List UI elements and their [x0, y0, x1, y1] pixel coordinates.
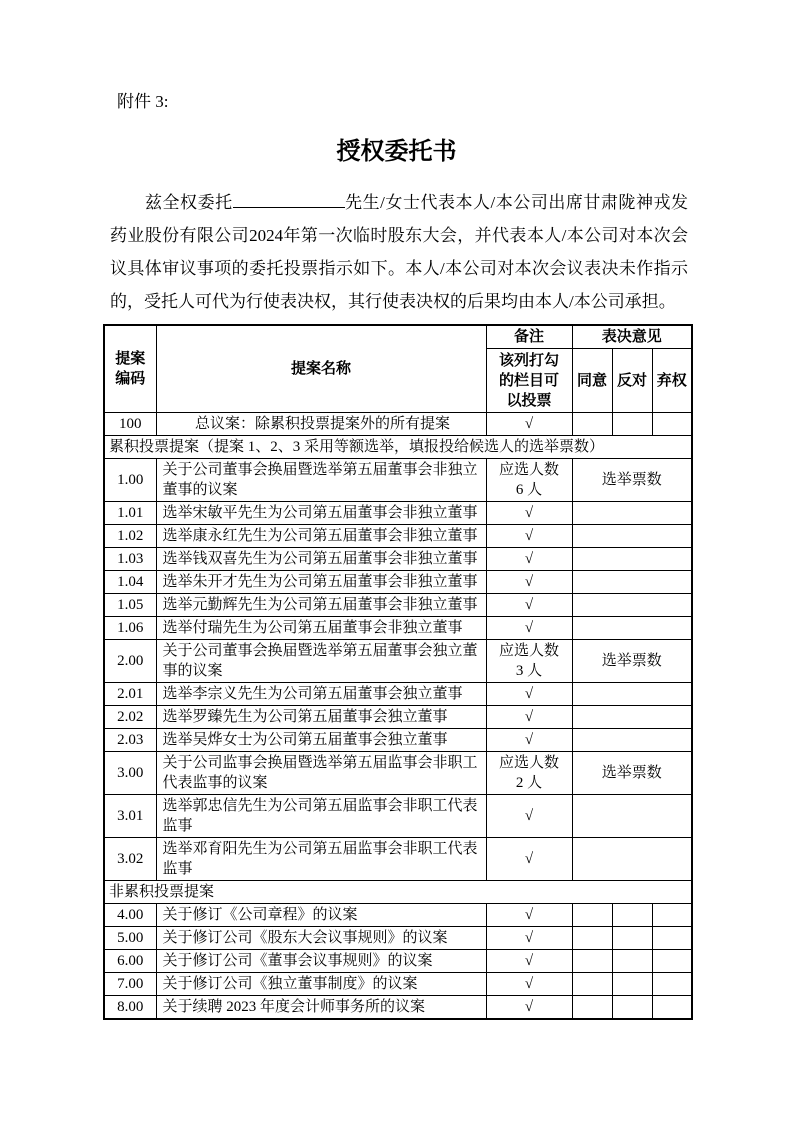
- proposal-name-cell: 选举康永红先生为公司第五届董事会非独立董事: [156, 525, 486, 548]
- attorney-name-blank: [233, 191, 345, 208]
- vote-label-cell: 选举票数: [572, 459, 692, 502]
- vote-abstain-cell: [652, 413, 692, 436]
- remark-cell: √: [486, 795, 572, 838]
- vote-against-cell: [612, 950, 652, 973]
- proposal-name-cell: 关于公司监事会换届暨选举第五届监事会非职工代表监事的议案: [156, 752, 486, 795]
- proposal-name-cell: 关于修订公司《股东大会议事规则》的议案: [156, 927, 486, 950]
- document-page: 附件 3: 授权委托书 兹全权委托先生/女士代表本人/本公司出席甘肃陇神戎发药业…: [0, 0, 793, 1122]
- vote-label-cell: 选举票数: [572, 752, 692, 795]
- proposal-name-cell: 关于修订公司《独立董事制度》的议案: [156, 973, 486, 996]
- remark-cell: 应选人数6 人: [486, 459, 572, 502]
- table-row: 4.00关于修订《公司章程》的议案√: [104, 904, 692, 927]
- col-header-vote-opinion: 表决意见: [572, 325, 692, 349]
- table-row: 1.06选举付瑞先生为公司第五届董事会非独立董事√: [104, 617, 692, 640]
- proposal-table: 提案编码 提案名称 备注 表决意见 该列打勾的栏目可以投票 同意 反对 弃权 1…: [103, 324, 693, 1020]
- vote-agree-cell: [572, 904, 612, 927]
- section-label: 非累积投票提案: [104, 881, 692, 904]
- remark-cell: √: [486, 904, 572, 927]
- proposal-name-cell: 选举邓育阳先生为公司第五届监事会非职工代表监事: [156, 838, 486, 881]
- proposal-name-cell: 选举宋敏平先生为公司第五届董事会非独立董事: [156, 502, 486, 525]
- vote-abstain-cell: [652, 927, 692, 950]
- proposal-code-cell: 100: [104, 413, 156, 436]
- vote-blank-cell: [572, 502, 692, 525]
- vote-blank-cell: [572, 548, 692, 571]
- proposal-code-cell: 3.01: [104, 795, 156, 838]
- vote-abstain-cell: [652, 950, 692, 973]
- proposal-code-cell: 1.03: [104, 548, 156, 571]
- remark-cell: √: [486, 973, 572, 996]
- vote-blank-cell: [572, 706, 692, 729]
- table-row: 8.00关于续聘 2023 年度会计师事务所的议案√: [104, 996, 692, 1020]
- table-row: 2.03选举吴烨女士为公司第五届董事会独立董事√: [104, 729, 692, 752]
- table-row: 1.03选举钱双喜先生为公司第五届董事会非独立董事√: [104, 548, 692, 571]
- table-row: 7.00关于修订公司《独立董事制度》的议案√: [104, 973, 692, 996]
- table-row: 2.00关于公司董事会换届暨选举第五届董事会独立董事的议案应选人数3 人选举票数: [104, 640, 692, 683]
- table-row: 1.05选举元勤辉先生为公司第五届董事会非独立董事√: [104, 594, 692, 617]
- proposal-code-cell: 2.01: [104, 683, 156, 706]
- remark-cell: √: [486, 413, 572, 436]
- col-header-abstain: 弃权: [652, 349, 692, 413]
- proposal-name-cell: 选举吴烨女士为公司第五届董事会独立董事: [156, 729, 486, 752]
- table-row: 100总议案：除累积投票提案外的所有提案√: [104, 413, 692, 436]
- proposal-name-cell: 选举郭忠信先生为公司第五届监事会非职工代表监事: [156, 795, 486, 838]
- proposal-code-cell: 3.02: [104, 838, 156, 881]
- vote-blank-cell: [572, 525, 692, 548]
- proposal-code-cell: 2.02: [104, 706, 156, 729]
- proposal-code-cell: 1.02: [104, 525, 156, 548]
- table-row: 3.00关于公司监事会换届暨选举第五届监事会非职工代表监事的议案应选人数2 人选…: [104, 752, 692, 795]
- vote-blank-cell: [572, 729, 692, 752]
- proposal-code-cell: 6.00: [104, 950, 156, 973]
- paragraph-prefix: 兹全权委托: [145, 193, 233, 212]
- authorization-paragraph: 兹全权委托先生/女士代表本人/本公司出席甘肃陇神戎发药业股份有限公司2024年第…: [110, 186, 688, 318]
- proposal-code-cell: 4.00: [104, 904, 156, 927]
- table-row: 1.02选举康永红先生为公司第五届董事会非独立董事√: [104, 525, 692, 548]
- proposal-code-cell: 1.05: [104, 594, 156, 617]
- table-row: 2.02选举罗臻先生为公司第五届董事会独立董事√: [104, 706, 692, 729]
- remark-cell: √: [486, 927, 572, 950]
- remark-cell: √: [486, 525, 572, 548]
- vote-abstain-cell: [652, 996, 692, 1020]
- remark-cell: √: [486, 706, 572, 729]
- document-title: 授权委托书: [0, 131, 793, 166]
- vote-agree-cell: [572, 413, 612, 436]
- table-header-row-1: 提案编码 提案名称 备注 表决意见: [104, 325, 692, 349]
- vote-blank-cell: [572, 838, 692, 881]
- col-header-proposal-name: 提案名称: [156, 325, 486, 413]
- remark-cell: 应选人数3 人: [486, 640, 572, 683]
- remark-cell: 应选人数2 人: [486, 752, 572, 795]
- table-row: 2.01选举李宗义先生为公司第五届董事会独立董事√: [104, 683, 692, 706]
- proposal-code-cell: 1.00: [104, 459, 156, 502]
- proposal-name-cell: 关于修订《公司章程》的议案: [156, 904, 486, 927]
- proposal-code-cell: 7.00: [104, 973, 156, 996]
- proposal-name-cell: 选举李宗义先生为公司第五届董事会独立董事: [156, 683, 486, 706]
- table-row: 非累积投票提案: [104, 881, 692, 904]
- proposal-code-cell: 2.00: [104, 640, 156, 683]
- col-header-remark-note: 该列打勾的栏目可以投票: [486, 349, 572, 413]
- remark-cell: √: [486, 571, 572, 594]
- proposal-code-cell: 1.04: [104, 571, 156, 594]
- proposal-name-cell: 选举元勤辉先生为公司第五届董事会非独立董事: [156, 594, 486, 617]
- proposal-name-cell: 选举朱开才先生为公司第五届董事会非独立董事: [156, 571, 486, 594]
- vote-label-cell: 选举票数: [572, 640, 692, 683]
- remark-cell: √: [486, 729, 572, 752]
- proposal-code-cell: 8.00: [104, 996, 156, 1020]
- proposal-name-cell: 总议案：除累积投票提案外的所有提案: [156, 413, 486, 436]
- proposal-code-cell: 1.06: [104, 617, 156, 640]
- proposal-name-cell: 关于公司董事会换届暨选举第五届董事会独立董事的议案: [156, 640, 486, 683]
- table-row: 1.04选举朱开才先生为公司第五届董事会非独立董事√: [104, 571, 692, 594]
- proposal-name-cell: 选举钱双喜先生为公司第五届董事会非独立董事: [156, 548, 486, 571]
- vote-agree-cell: [572, 950, 612, 973]
- vote-agree-cell: [572, 927, 612, 950]
- remark-cell: √: [486, 950, 572, 973]
- vote-blank-cell: [572, 683, 692, 706]
- table-row: 3.01选举郭忠信先生为公司第五届监事会非职工代表监事√: [104, 795, 692, 838]
- proposal-code-cell: 2.03: [104, 729, 156, 752]
- vote-against-cell: [612, 927, 652, 950]
- remark-cell: √: [486, 594, 572, 617]
- proposal-name-cell: 选举付瑞先生为公司第五届董事会非独立董事: [156, 617, 486, 640]
- proposal-table-body: 100总议案：除累积投票提案外的所有提案√累积投票提案（提案 1、2、3 采用等…: [104, 413, 692, 1020]
- vote-blank-cell: [572, 571, 692, 594]
- remark-cell: √: [486, 838, 572, 881]
- proposal-name-cell: 关于修订公司《董事会议事规则》的议案: [156, 950, 486, 973]
- table-row: 5.00关于修订公司《股东大会议事规则》的议案√: [104, 927, 692, 950]
- proposal-code-cell: 1.01: [104, 502, 156, 525]
- table-row: 3.02选举邓育阳先生为公司第五届监事会非职工代表监事√: [104, 838, 692, 881]
- col-header-against: 反对: [612, 349, 652, 413]
- remark-cell: √: [486, 617, 572, 640]
- remark-cell: √: [486, 502, 572, 525]
- attachment-label: 附件 3:: [117, 91, 168, 113]
- table-row: 6.00关于修订公司《董事会议事规则》的议案√: [104, 950, 692, 973]
- table-row: 1.01选举宋敏平先生为公司第五届董事会非独立董事√: [104, 502, 692, 525]
- col-header-agree: 同意: [572, 349, 612, 413]
- section-label: 累积投票提案（提案 1、2、3 采用等额选举，填报投给候选人的选举票数）: [104, 436, 692, 459]
- remark-cell: √: [486, 683, 572, 706]
- vote-abstain-cell: [652, 973, 692, 996]
- remark-cell: √: [486, 996, 572, 1020]
- vote-blank-cell: [572, 594, 692, 617]
- vote-against-cell: [612, 904, 652, 927]
- remark-cell: √: [486, 548, 572, 571]
- proposal-name-cell: 关于公司董事会换届暨选举第五届董事会非独立董事的议案: [156, 459, 486, 502]
- col-header-proposal-code: 提案编码: [104, 325, 156, 413]
- vote-against-cell: [612, 413, 652, 436]
- proposal-name-cell: 关于续聘 2023 年度会计师事务所的议案: [156, 996, 486, 1020]
- table-row: 累积投票提案（提案 1、2、3 采用等额选举，填报投给候选人的选举票数）: [104, 436, 692, 459]
- vote-blank-cell: [572, 795, 692, 838]
- proposal-code-cell: 5.00: [104, 927, 156, 950]
- vote-abstain-cell: [652, 904, 692, 927]
- proposal-code-cell: 3.00: [104, 752, 156, 795]
- vote-against-cell: [612, 996, 652, 1020]
- vote-agree-cell: [572, 996, 612, 1020]
- col-header-remark: 备注: [486, 325, 572, 349]
- vote-against-cell: [612, 973, 652, 996]
- proposal-name-cell: 选举罗臻先生为公司第五届董事会独立董事: [156, 706, 486, 729]
- table-row: 1.00关于公司董事会换届暨选举第五届董事会非独立董事的议案应选人数6 人选举票…: [104, 459, 692, 502]
- vote-agree-cell: [572, 973, 612, 996]
- vote-blank-cell: [572, 617, 692, 640]
